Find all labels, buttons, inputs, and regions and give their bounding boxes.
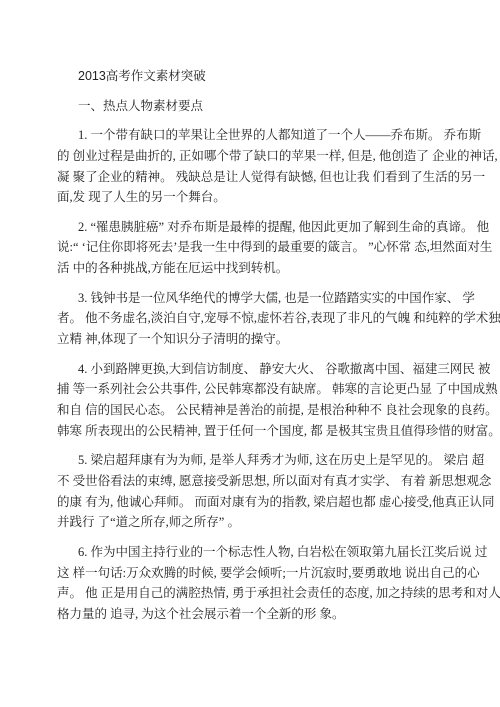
paragraph-line: 4. 小到路牌更换,大到信访制度、 静安大火、 谷歌撤离中国、福建三网民 被: [57, 359, 443, 380]
paragraph-line: 2. “罹患胰脏癌” 对乔布斯是最棒的提醒, 他因此更加了解到生命的真谛。 他: [57, 217, 443, 238]
paragraph-line: 面,发 现了人生的另一个舞台。: [57, 187, 443, 208]
paragraph-line: 1. 一个带有缺口的苹果让全世界的人都知道了一个人——乔布斯。 乔布斯: [57, 125, 443, 146]
document-title: 2013高考作文素材突破: [57, 66, 443, 87]
paragraph-line: 格力量的 追寻, 为这个社会展示着一个全新的形 象。: [57, 604, 443, 625]
paragraph-line: 5. 梁启超拜康有为为师, 是举人拜秀才为师, 这在历史上是罕见的。 梁启 超: [57, 450, 443, 471]
paragraph-4: 4. 小到路牌更换,大到信访制度、 静安大火、 谷歌撤离中国、福建三网民 被捕 …: [57, 359, 443, 442]
paragraph-line: 这 样一句话:万众欢腾的时候, 要学会倾听;一片沉寂时,要勇敢地 说出自己的心: [57, 563, 443, 584]
paragraph-line: 韩寒 所表现出的公民精神, 置于任何一个国度, 都 是极其宝贵且值得珍惜的财富。: [57, 421, 443, 442]
paragraph-line: 捕 等一系列社会公共事件, 公民韩寒都没有缺席。 韩寒的言论更凸显 了中国成熟: [57, 379, 443, 400]
paragraph-line: 和自 信的国民心态。 公民精神是善治的前提, 是根治种种不 良社会现象的良药。: [57, 400, 443, 421]
paragraph-line: 6. 作为中国主持行业的一个标志性人物, 白岩松在领取第九届长江奖后说 过: [57, 542, 443, 563]
paragraph-line: 的 创业过程是曲折的, 正如哪个带了缺口的苹果一样, 但是, 他创造了 企业的神…: [57, 146, 443, 167]
document-page: 2013高考作文素材突破 一、热点人物素材要点 1. 一个带有缺口的苹果让全世界…: [57, 66, 443, 634]
paragraph-line: 不 受世俗看法的束缚, 愿意接受新思想, 所以面对有真才实学、 有着 新思想观念: [57, 471, 443, 492]
paragraph-line: 活 中的各种挑战,方能在厄运中找到转机。: [57, 258, 443, 279]
paragraph-line: 凝 聚了企业的精神。 残缺总是让人觉得有缺憾, 但也让我 们看到了生活的另一: [57, 167, 443, 188]
paragraph-line: 并践行 了“道之所存,师之所存” 。: [57, 512, 443, 533]
paragraph-line: 声。 他 正是用自己的满腔热情, 勇于承担社会责任的态度, 加之持续的思考和对人: [57, 583, 443, 604]
paragraph-3: 3. 钱钟书是一位风华绝代的博学大儒, 也是一位踏踏实实的中国作家、 学者。 他…: [57, 288, 443, 350]
section-heading: 一、热点人物素材要点: [57, 96, 443, 117]
paragraph-line: 者。 他不务虚名,淡泊自守,宠辱不惊,虚怀若谷,表现了非凡的气魄 和纯粹的学术独: [57, 308, 443, 329]
paragraph-5: 5. 梁启超拜康有为为师, 是举人拜秀才为师, 这在历史上是罕见的。 梁启 超不…: [57, 450, 443, 533]
paragraph-line: 3. 钱钟书是一位风华绝代的博学大儒, 也是一位踏踏实实的中国作家、 学: [57, 288, 443, 309]
paragraph-6: 6. 作为中国主持行业的一个标志性人物, 白岩松在领取第九届长江奖后说 过这 样…: [57, 542, 443, 625]
paragraph-list: 1. 一个带有缺口的苹果让全世界的人都知道了一个人——乔布斯。 乔布斯的 创业过…: [57, 125, 443, 625]
paragraph-line: 说:“ ‘记住你即将死去’是我一生中得到的最重要的箴言。 ”心怀常 态,坦然面对…: [57, 237, 443, 258]
paragraph-1: 1. 一个带有缺口的苹果让全世界的人都知道了一个人——乔布斯。 乔布斯的 创业过…: [57, 125, 443, 208]
paragraph-line: 立精 神,体现了一个知识分子清明的操守。: [57, 329, 443, 350]
paragraph-2: 2. “罹患胰脏癌” 对乔布斯是最棒的提醒, 他因此更加了解到生命的真谛。 他说…: [57, 217, 443, 279]
paragraph-line: 的康 有为, 他诚心拜师。 而面对康有为的指教, 梁启超也都 虚心接受,他真正认…: [57, 492, 443, 513]
